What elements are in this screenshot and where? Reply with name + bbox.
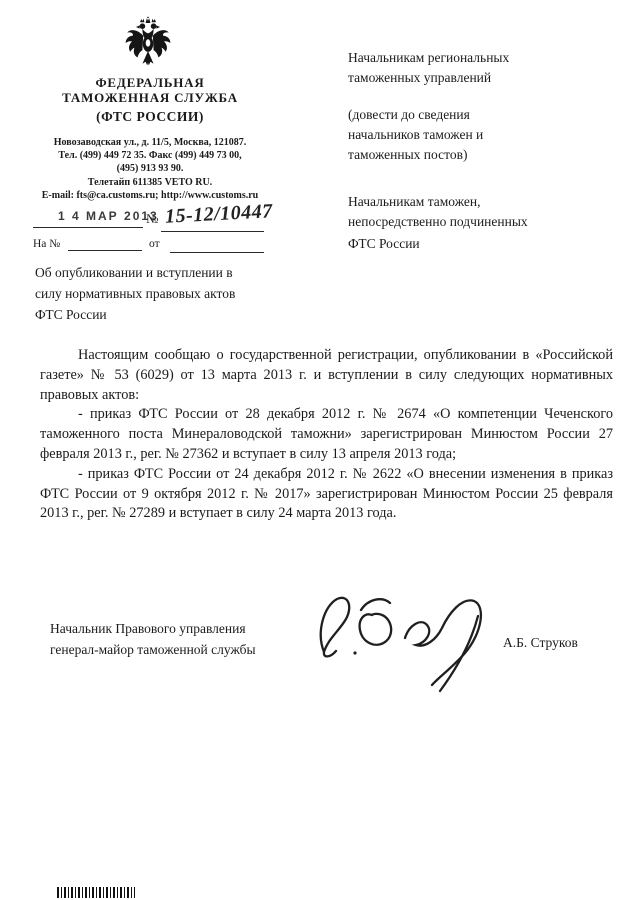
recipient-note-line: начальников таможен и xyxy=(348,125,613,145)
date-stamp: 1 4 МАР 2013 xyxy=(58,209,159,223)
body-paragraph: - приказ ФТС России от 28 декабря 2012 г… xyxy=(40,405,613,464)
number-underline xyxy=(161,231,264,232)
subject-line: ФТС России xyxy=(35,304,315,325)
registration-barcode xyxy=(57,887,135,898)
incoming-date-underline xyxy=(170,252,264,253)
signatory-name: А.Б. Струков xyxy=(503,635,578,651)
recipient-line: Начальникам региональных xyxy=(348,48,613,68)
incoming-date-label: от xyxy=(149,238,160,250)
signatory-position-line1: Начальник Правового управления xyxy=(50,618,330,639)
letter-body: Настоящим сообщаю о государственной реги… xyxy=(40,346,613,524)
document-page: ФЕДЕРАЛЬНАЯ ТАМОЖЕННАЯ СЛУЖБА (ФТС РОССИ… xyxy=(0,0,640,900)
org-short-name: (ФТС РОССИИ) xyxy=(30,109,270,125)
body-paragraph: - приказ ФТС России от 24 декабря 2012 г… xyxy=(40,465,613,524)
signatory-position: Начальник Правового управления генерал-м… xyxy=(50,618,330,660)
recipients-block: Начальникам региональных таможенных упра… xyxy=(348,48,613,254)
address-phone2: (495) 913 93 90. xyxy=(18,162,282,175)
incoming-number-underline xyxy=(68,250,142,251)
signatory-position-line2: генерал-майор таможенной службы xyxy=(50,639,330,660)
org-name-line2: ТАМОЖЕННАЯ СЛУЖБА xyxy=(30,90,270,105)
number-sign: № xyxy=(146,211,158,227)
address-email: E-mail: fts@ca.customs.ru; http://www.cu… xyxy=(18,189,282,202)
incoming-number-label: На № xyxy=(33,238,60,250)
russia-coat-of-arms-icon xyxy=(124,15,172,67)
date-underline xyxy=(33,227,143,228)
subject-line: силу нормативных правовых актов xyxy=(35,283,315,304)
recipient-line: ФТС России xyxy=(348,234,613,254)
org-name-line1: ФЕДЕРАЛЬНАЯ xyxy=(30,75,270,90)
address-phone: Тел. (499) 449 72 35. Факс (499) 449 73 … xyxy=(18,149,282,162)
subject-line: Об опубликовании и вступлении в xyxy=(35,262,315,283)
subject-block: Об опубликовании и вступлении в силу нор… xyxy=(35,262,315,325)
recipient-line: непосредственно подчиненных xyxy=(348,212,613,232)
body-paragraph: Настоящим сообщаю о государственной реги… xyxy=(40,346,613,405)
handwritten-signature-icon xyxy=(312,588,512,693)
address-street: Новозаводская ул., д. 11/5, Москва, 1210… xyxy=(18,136,282,149)
recipient-note-line: таможенных постов) xyxy=(348,145,613,165)
letterhead-address-block: Новозаводская ул., д. 11/5, Москва, 1210… xyxy=(18,136,282,202)
address-teletype: Телетайп 611385 VETO RU. xyxy=(18,176,282,189)
recipient-line: Начальникам таможен, xyxy=(348,192,613,212)
outgoing-number-handwritten: 15-12/10447 xyxy=(164,200,273,229)
recipient-note-line: (довести до сведения xyxy=(348,105,613,125)
recipient-line: таможенных управлений xyxy=(348,68,613,88)
